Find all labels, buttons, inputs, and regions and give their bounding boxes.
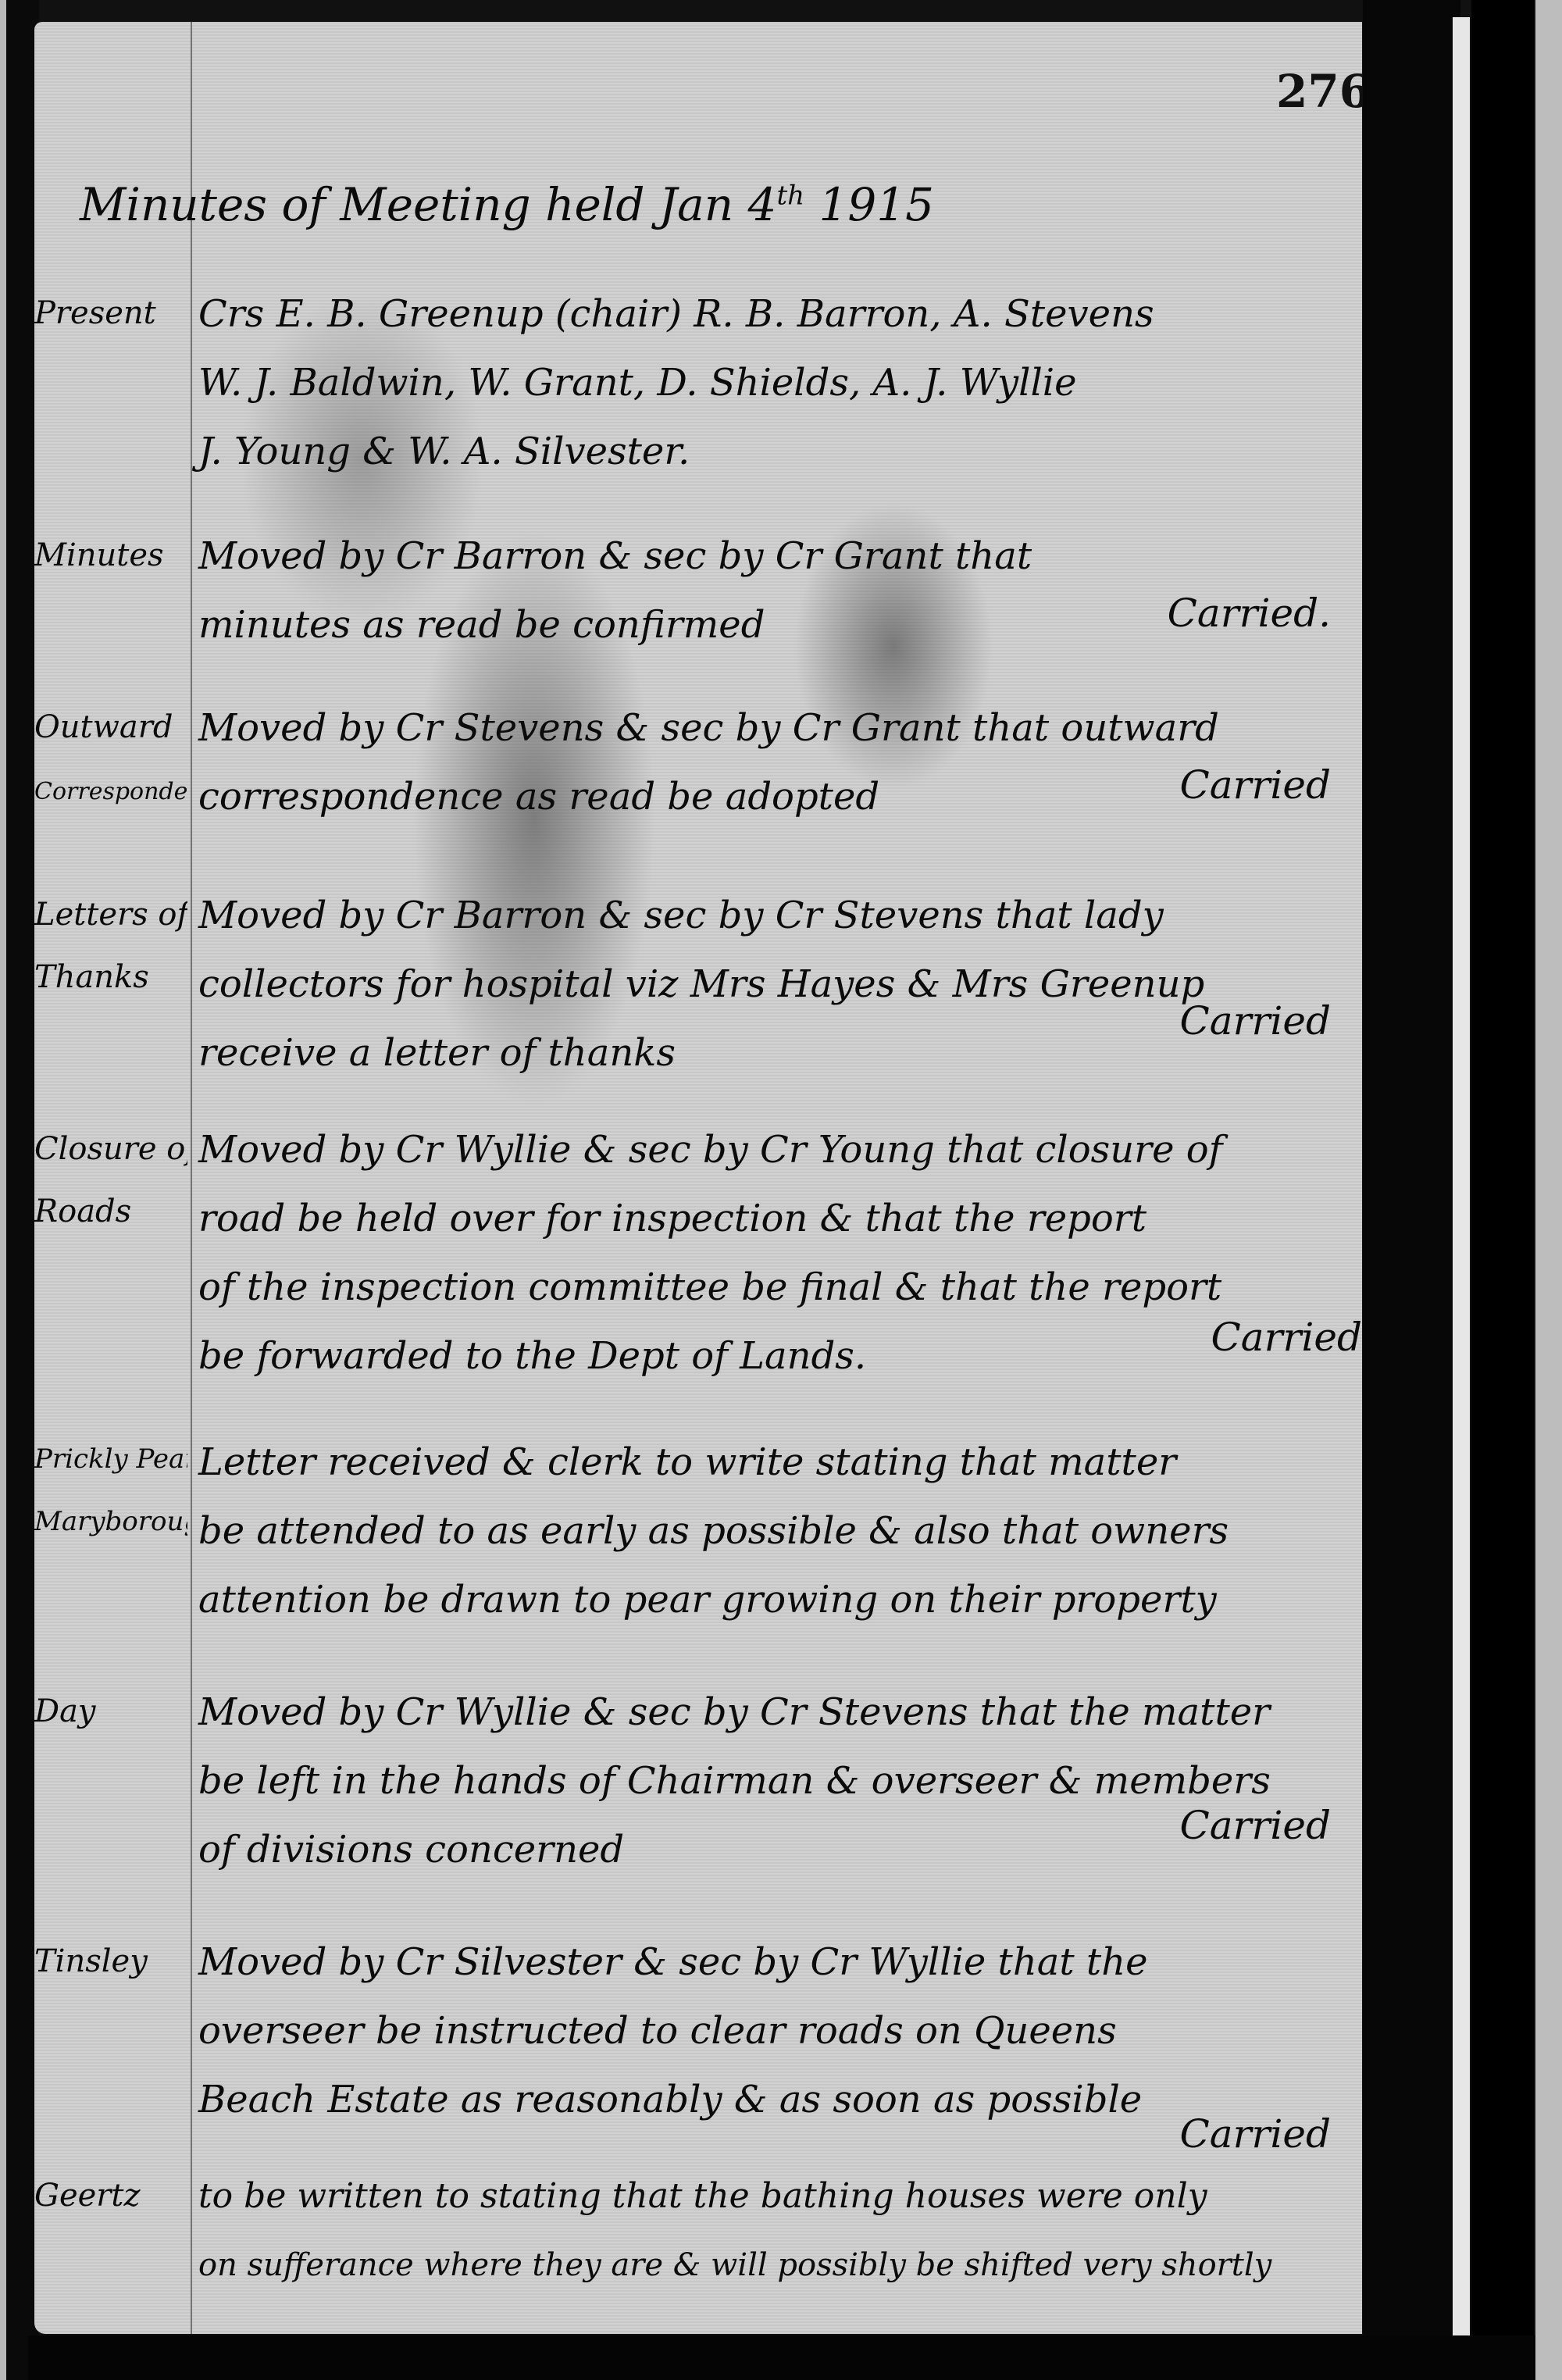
page-number: 276 xyxy=(1276,65,1371,118)
entry-line: be forwarded to the Dept of Lands. xyxy=(198,1322,1362,1390)
section-body: Moved by Cr Silvester & sec by Cr Wyllie… xyxy=(198,1928,1362,2134)
entry-line: Moved by Cr Stevens & sec by Cr Grant th… xyxy=(198,694,1362,762)
entry-line: attention be drawn to pear growing on th… xyxy=(198,1565,1362,1634)
entry-line: J. Young & W. A. Silvester. xyxy=(198,417,1362,486)
ledger-page: 276 Minutes of Meeting held Jan 4th 1915… xyxy=(34,22,1362,2334)
margin-label: Minutes xyxy=(34,537,187,573)
carried-note: Carried xyxy=(1211,1315,1362,1360)
carried-note: Carried. xyxy=(1168,591,1331,636)
margin-label: Roads xyxy=(34,1194,187,1229)
carried-note: Carried xyxy=(1180,1803,1331,1848)
entry-line: of the inspection committee be final & t… xyxy=(198,1253,1362,1322)
margin-label: Maryborough xyxy=(34,1506,187,1537)
section-body: Moved by Cr Wyllie & sec by Cr Young tha… xyxy=(198,1115,1362,1390)
entry-line: Moved by Cr Barron & sec by Cr Stevens t… xyxy=(198,881,1362,950)
entry-line: Moved by Cr Silvester & sec by Cr Wyllie… xyxy=(198,1928,1362,1996)
page-edge-strip xyxy=(1453,17,1470,2353)
carried-note: Carried xyxy=(1180,762,1331,808)
entry-line: Moved by Cr Wyllie & sec by Cr Young tha… xyxy=(198,1115,1362,1184)
entry-line: Moved by Cr Wyllie & sec by Cr Stevens t… xyxy=(198,1678,1362,1747)
entry-line: on sufferance where they are & will poss… xyxy=(198,2231,1362,2300)
carried-note: Carried xyxy=(1180,2111,1331,2157)
entry-line: be attended to as early as possible & al… xyxy=(198,1497,1362,1565)
margin-label: Tinsley xyxy=(34,1943,187,1979)
section-body: Moved by Cr Wyllie & sec by Cr Stevens t… xyxy=(198,1678,1362,1884)
margin-rule xyxy=(191,22,192,2334)
section-body: Moved by Cr Barron & sec by Cr Stevens t… xyxy=(198,881,1362,1087)
margin-label: Correspondence xyxy=(34,778,187,805)
margin-label: Geertz xyxy=(34,2178,187,2214)
book-bottom-edge xyxy=(28,2335,1535,2380)
entry-line: W. J. Baldwin, W. Grant, D. Shields, A. … xyxy=(198,348,1362,417)
section-body: to be written to stating that the bathin… xyxy=(198,2162,1362,2300)
carried-note: Carried xyxy=(1180,998,1331,1044)
margin-label: Day xyxy=(34,1693,187,1729)
entry-line: to be written to stating that the bathin… xyxy=(198,2162,1362,2231)
margin-label: Outward xyxy=(34,709,187,745)
margin-label: Thanks xyxy=(34,959,187,995)
section-body: Crs E. B. Greenup (chair) R. B. Barron, … xyxy=(198,280,1362,486)
margin-label: Present xyxy=(34,295,187,331)
title-text: Minutes of Meeting held Jan 4 xyxy=(80,178,776,231)
title-ordinal: th xyxy=(776,180,804,212)
entry-line: road be held over for inspection & that … xyxy=(198,1184,1362,1253)
scan-right-edge xyxy=(1535,0,1562,2380)
section-body: Letter received & clerk to write stating… xyxy=(198,1428,1362,1634)
margin-label: Prickly Pear xyxy=(34,1443,187,1475)
book-gutter-right xyxy=(1363,0,1460,2380)
page-title: Minutes of Meeting held Jan 4th 1915 xyxy=(80,178,934,231)
margin-label: Letters of xyxy=(34,897,187,933)
book-binding-right xyxy=(1471,0,1534,2380)
title-year: 1915 xyxy=(818,178,934,231)
entry-line: Letter received & clerk to write stating… xyxy=(198,1428,1362,1497)
entry-line: overseer be instructed to clear roads on… xyxy=(198,1996,1362,2065)
margin-label: Closure of xyxy=(34,1131,187,1167)
entry-line: Crs E. B. Greenup (chair) R. B. Barron, … xyxy=(198,280,1362,348)
entry-line: Moved by Cr Barron & sec by Cr Grant tha… xyxy=(198,522,1362,591)
